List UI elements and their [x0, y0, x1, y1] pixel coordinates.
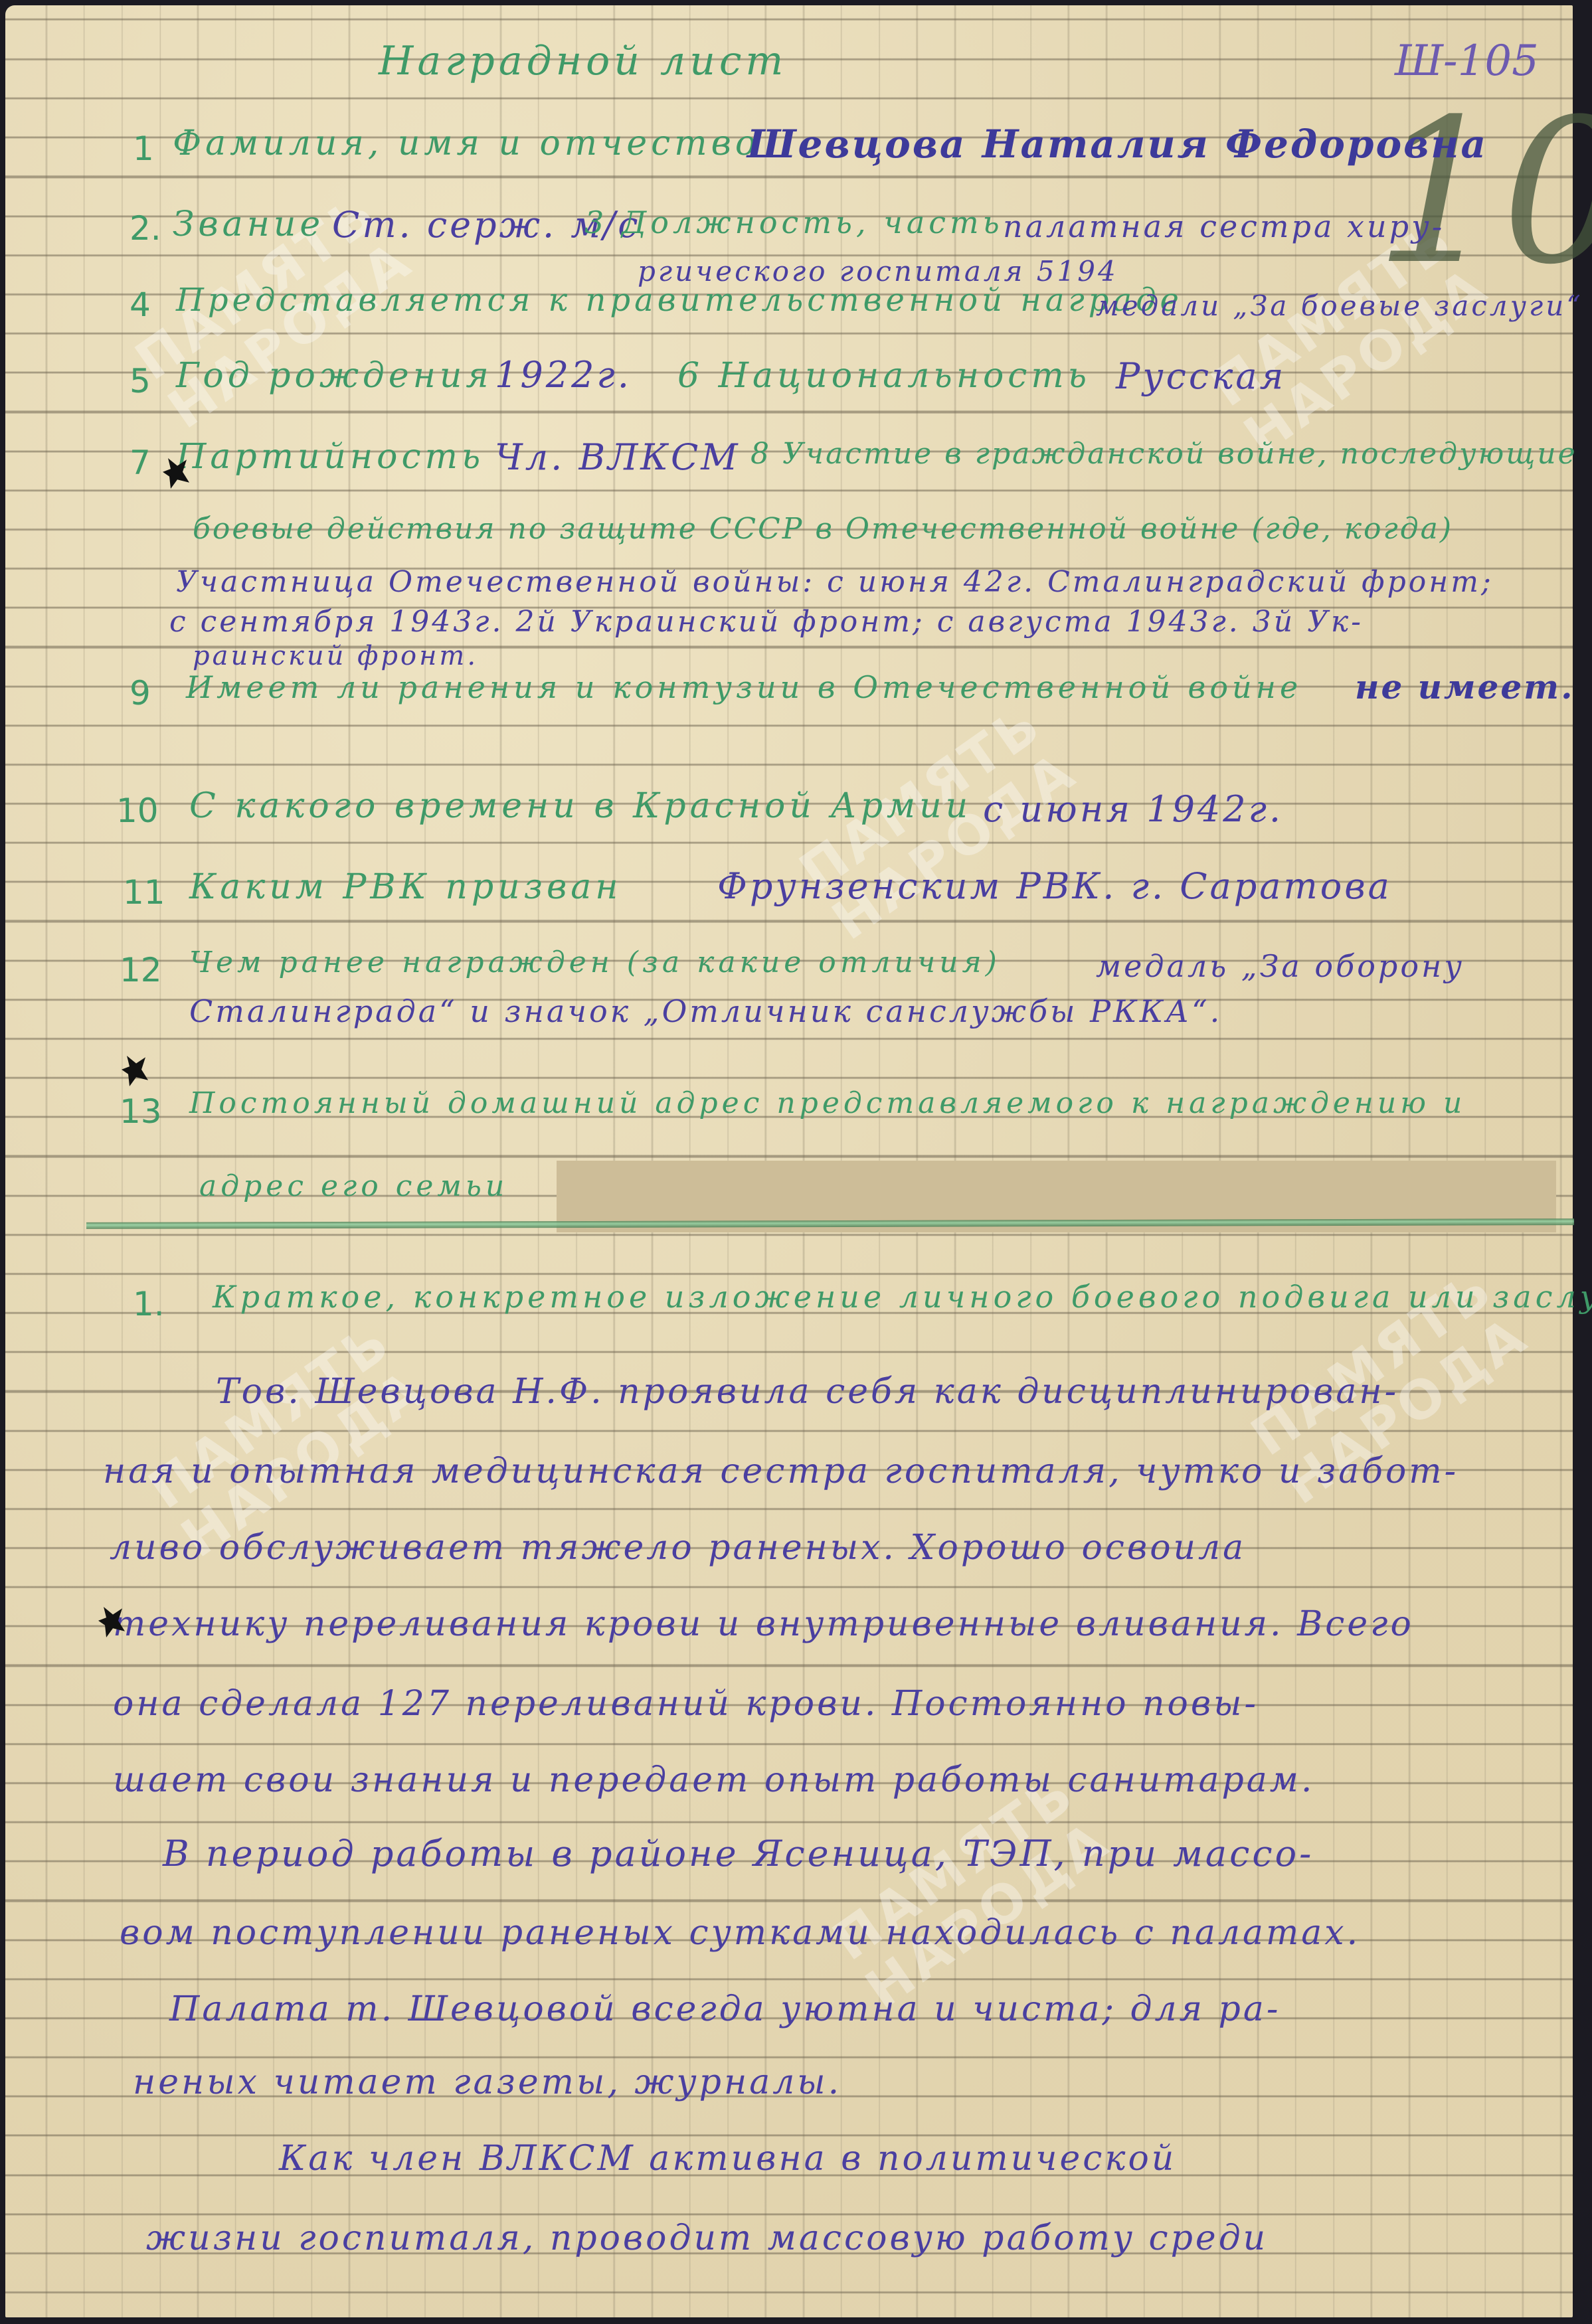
citation-line: Тов. Шевцова Н.Ф. проявила себя как дисц…: [216, 1374, 1399, 1409]
field-label: адрес его семьи: [199, 1172, 508, 1201]
document-title: Наградной лист: [379, 41, 787, 81]
field-value-award: медали „За боевые заслуги“: [1096, 292, 1583, 320]
field-number: 4: [130, 286, 151, 324]
field-number: 2.: [130, 209, 161, 248]
citation-line: Палата т. Шевцовой всегда уютна и чиста;…: [169, 1992, 1281, 2027]
field-value-birth-year: 1922г.: [495, 357, 632, 393]
field-value-position: палатная сестра хиру-: [1003, 211, 1445, 242]
field-label: Каким РВК призван: [189, 870, 622, 904]
field-label: Партийность: [176, 440, 484, 474]
field-number: 9: [130, 674, 151, 712]
field-value-wounds: не имеет.: [1355, 671, 1575, 704]
field-number: 12: [120, 951, 162, 989]
field-label: Звание: [173, 207, 324, 242]
citation-line: В период работы в районе Ясеница, ТЭП, п…: [163, 1836, 1314, 1872]
war-service-line: Участница Отечественной войны: с июня 42…: [176, 568, 1494, 597]
citation-line: ная и опытная медицинская сестра госпита…: [103, 1454, 1459, 1489]
field-number: 7: [130, 444, 151, 482]
citation-line: она сделала 127 переливаний крови. Посто…: [113, 1687, 1259, 1721]
field-label: 6 Национальность: [677, 359, 1091, 393]
field-label: 3 Должность, часть: [584, 207, 1004, 238]
citation-line: неных читает газеты, журналы.: [133, 2065, 841, 2100]
citation-line: шает свои знания и передает опыт работы …: [113, 1763, 1314, 1797]
field-value-party: Чл. ВЛКСМ: [495, 440, 741, 475]
field-label: Постоянный домашний адрес представляемог…: [189, 1089, 1466, 1118]
field-label: боевые действия по защите СССР в Отечест…: [193, 515, 1453, 544]
war-service-line: с сентября 1943г. 2й Украинский фронт; с…: [169, 608, 1364, 637]
field-label: Имеет ли ранения и контузии в Отечествен…: [186, 672, 1302, 703]
field-value-service-since: с июня 1942г.: [983, 791, 1283, 827]
field-number: 1: [133, 129, 154, 168]
citation-line: ливо обслуживает тяжело раненых. Хорошо …: [110, 1531, 1246, 1565]
field-label: Чем ранее награжден (за какие отличия): [189, 948, 1001, 977]
field-number: 11: [123, 873, 165, 912]
section-label: Краткое, конкретное изложение личного бо…: [213, 1282, 1592, 1312]
citation-line: Как член ВЛКСМ активна в политической: [279, 2141, 1176, 2176]
field-value-name: Шевцова Наталия Федоровна: [747, 125, 1488, 163]
field-value-nationality: Русская: [1116, 359, 1286, 394]
field-label: Фамилия, имя и отчество: [173, 126, 760, 161]
war-service-line: раинский фронт.: [193, 643, 478, 669]
field-label: 8 Участие в гражданской войне, последующ…: [751, 440, 1577, 469]
field-label: Год рождения: [176, 359, 493, 393]
field-number: 5: [130, 362, 151, 400]
citation-line: вом поступлении раненых сутками находила…: [120, 1916, 1360, 1950]
field-number: 13: [120, 1092, 162, 1131]
field-label: Представляется к правительственной награ…: [176, 284, 1183, 316]
field-value-prior-awards-cont: Сталинграда“ и значок „Отличник санслужб…: [189, 996, 1222, 1027]
field-value-prior-awards: медаль „За оборону: [1096, 951, 1464, 981]
field-label: С какого времени в Красной Армии: [189, 789, 972, 823]
citation-line: технику переливания крови и внутривенные…: [113, 1607, 1414, 1641]
section-number: 1.: [133, 1285, 165, 1323]
citation-line: жизни госпиталя, проводит массовую работ…: [146, 2221, 1268, 2256]
field-value-conscription: Фрунзенским РВК. г. Саратова: [717, 869, 1392, 904]
field-number: 10: [116, 791, 159, 830]
